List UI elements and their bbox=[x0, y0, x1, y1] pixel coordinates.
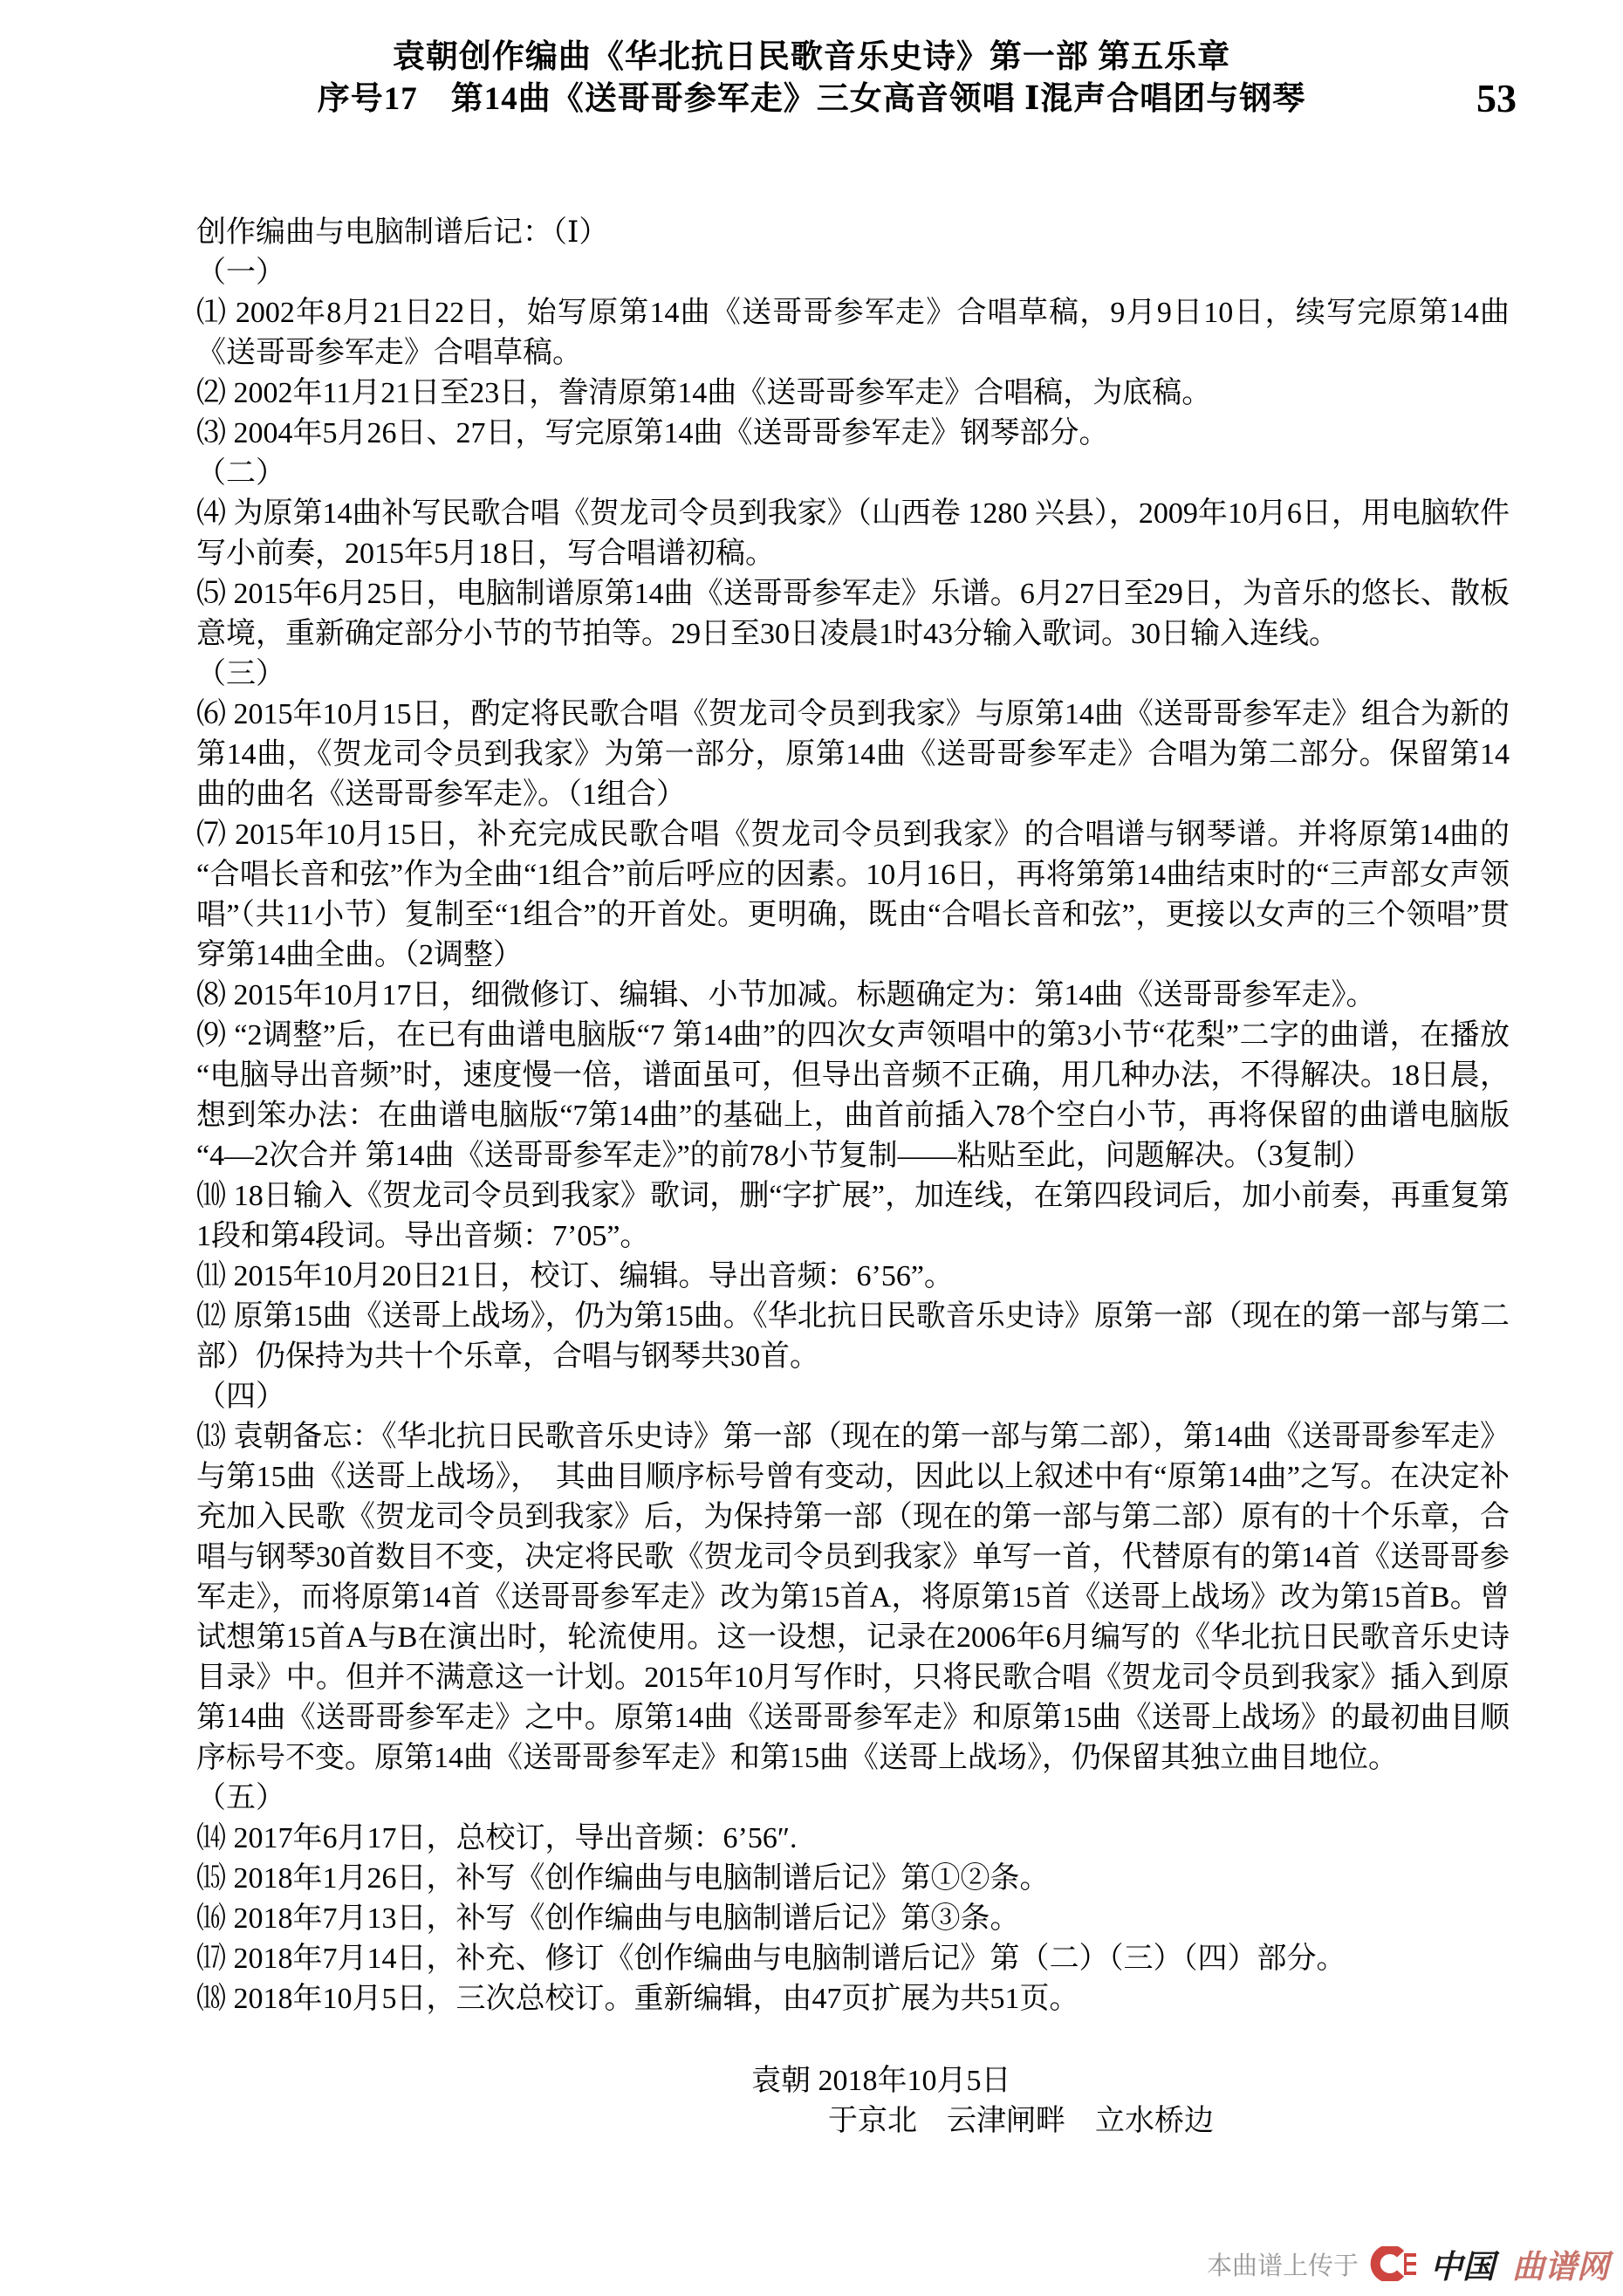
postscript-sections: （一）⑴ 2002年8月21日22日，始写原第14曲《送哥哥参军走》合唱草稿，9… bbox=[196, 253, 1510, 2019]
item-number: ⒃ bbox=[196, 1902, 226, 1935]
item-text: 袁朝备忘：《华北抗日民歌音乐史诗》第一部（现在的第一部与第二部），第14曲《送哥… bbox=[196, 1421, 1539, 1774]
item-text: 2018年10月5日，三次总校订。重新编辑，由47页扩展为共51页。 bbox=[226, 1983, 1079, 2015]
item-text: 2002年11月21日至23日，誊清原第14曲《送哥哥参军走》合唱稿，为底稿。 bbox=[226, 377, 1211, 409]
section: （五）⒁ 2017年6月17日，总校订，导出音频：6’56″.⒂ 2018年1月… bbox=[196, 1779, 1510, 2019]
item-number: ⑸ bbox=[196, 578, 226, 610]
postscript-item: ⑿ 原第15曲《送哥上战场》，仍为第15曲。《华北抗日民歌音乐史诗》原第一部（现… bbox=[196, 1297, 1510, 1377]
postscript-item: ⑵ 2002年11月21日至23日，誊清原第14曲《送哥哥参军走》合唱稿，为底稿… bbox=[196, 374, 1510, 414]
item-text: 2002年8月21日22日，始写原第14曲《送哥哥参军走》合唱草稿，9月9日10… bbox=[196, 297, 1510, 369]
page-header: 袁朝创作编曲《华北抗日民歌音乐史诗》第一部 第五乐章 序号17 第14曲《送哥哥… bbox=[0, 0, 1623, 120]
postscript-item: ⑶ 2004年5月26日、27日，写完原第14曲《送哥哥参军走》钢琴部分。 bbox=[196, 414, 1510, 454]
signature-block: 袁朝 2018年10月5日 于京北 云津闸畔 立水桥边 bbox=[196, 2061, 1510, 2142]
section-heading: （四） bbox=[196, 1377, 1510, 1417]
section-heading: （二） bbox=[196, 454, 1510, 494]
item-text: 2004年5月26日、27日，写完原第14曲《送哥哥参军走》钢琴部分。 bbox=[226, 417, 1109, 449]
watermark-brand-red: 曲谱网 bbox=[1512, 2240, 1609, 2287]
watermark: 本曲谱上传于 中国 曲谱网 bbox=[1207, 2240, 1609, 2287]
section: （一）⑴ 2002年8月21日22日，始写原第14曲《送哥哥参军走》合唱草稿，9… bbox=[196, 253, 1510, 454]
section-heading: （五） bbox=[196, 1779, 1510, 1819]
postscript-item: ⑹ 2015年10月15日，酌定将民歌合唱《贺龙司令员到我家》与原第14曲《送哥… bbox=[196, 695, 1510, 815]
watermark-prefix: 本曲谱上传于 bbox=[1207, 2246, 1359, 2282]
postscript-item: ⑴ 2002年8月21日22日，始写原第14曲《送哥哥参军走》合唱草稿，9月9日… bbox=[196, 293, 1510, 374]
postscript-item: ⑻ 2015年10月17日，细微修订、编辑、小节加减。标题确定为：第14曲《送哥… bbox=[196, 976, 1510, 1016]
section: （四）⒀ 袁朝备忘：《华北抗日民歌音乐史诗》第一部（现在的第一部与第二部），第1… bbox=[196, 1377, 1510, 1779]
item-number: ⒂ bbox=[196, 1862, 226, 1895]
postscript-item: ⑸ 2015年6月25日，电脑制谱原第14曲《送哥哥参军走》乐谱。6月27日至2… bbox=[196, 574, 1510, 655]
item-number: ⑷ bbox=[196, 497, 226, 530]
signature-place: 于京北 云津闸畔 立水桥边 bbox=[196, 2101, 1510, 2142]
item-text: 2018年7月13日，补写《创作编曲与电脑制谱后记》第③条。 bbox=[226, 1902, 1020, 1935]
item-number: ⑺ bbox=[196, 819, 227, 851]
postscript-item: ⑺ 2015年10月15日，补充完成民歌合唱《贺龙司令员到我家》的合唱谱与钢琴谱… bbox=[196, 815, 1510, 976]
item-number: ⒄ bbox=[196, 1943, 226, 1975]
item-number: ⑵ bbox=[196, 377, 226, 409]
item-number: ⑾ bbox=[196, 1260, 226, 1292]
postscript-item: ⒅ 2018年10月5日，三次总校订。重新编辑，由47页扩展为共51页。 bbox=[196, 1979, 1510, 2019]
section-heading: （一） bbox=[196, 253, 1510, 293]
signature-author-date: 袁朝 2018年10月5日 bbox=[196, 2061, 1510, 2101]
item-number: ⑽ bbox=[196, 1180, 226, 1212]
item-number: ⑴ bbox=[196, 297, 227, 329]
item-text: 2018年1月26日，补写《创作编曲与电脑制谱后记》第①②条。 bbox=[226, 1862, 1050, 1895]
watermark-brand-black: 中国 bbox=[1430, 2240, 1495, 2287]
postscript-item: ⒄ 2018年7月14日，补充、修订《创作编曲与电脑制谱后记》第（二）（三）（四… bbox=[196, 1939, 1510, 1979]
item-text: 2015年10月15日，补充完成民歌合唱《贺龙司令员到我家》的合唱谱与钢琴谱。并… bbox=[196, 819, 1510, 971]
item-text: 原第15曲《送哥上战场》，仍为第15曲。《华北抗日民歌音乐史诗》原第一部（现在的… bbox=[196, 1300, 1510, 1373]
item-number: ⒀ bbox=[196, 1421, 226, 1453]
section: （三）⑹ 2015年10月15日，酌定将民歌合唱《贺龙司令员到我家》与原第14曲… bbox=[196, 655, 1510, 1377]
item-number: ⑿ bbox=[196, 1300, 226, 1333]
section: （二）⑷ 为原第14曲补写民歌合唱《贺龙司令员到我家》（山西卷 1280 兴县）… bbox=[196, 454, 1510, 655]
item-text: 2015年10月20日21日，校订、编辑。导出音频：6’56”。 bbox=[226, 1260, 954, 1292]
item-text: 18日输入《贺龙司令员到我家》歌词，删“字扩展”，加连线，在第四段词后，加小前奏… bbox=[196, 1180, 1510, 1252]
postscript-body: 创作编曲与电脑制谱后记：（Ⅰ） （一）⑴ 2002年8月21日22日，始写原第1… bbox=[196, 213, 1510, 2142]
section-heading: （三） bbox=[196, 655, 1510, 695]
postscript-item: ⒁ 2017年6月17日，总校订，导出音频：6’56″. bbox=[196, 1819, 1510, 1859]
postscript-item: ⑾ 2015年10月20日21日，校订、编辑。导出音频：6’56”。 bbox=[196, 1257, 1510, 1297]
item-text: “2调整”后，在已有曲谱电脑版“7 第14曲”的四次女声领唱中的第3小节“花梨”… bbox=[196, 1019, 1510, 1172]
item-text: 2015年10月17日，细微修订、编辑、小节加减。标题确定为：第14曲《送哥哥参… bbox=[226, 979, 1376, 1011]
postscript-item: ⒂ 2018年1月26日，补写《创作编曲与电脑制谱后记》第①②条。 bbox=[196, 1859, 1510, 1899]
header-line1: 袁朝创作编曲《华北抗日民歌音乐史诗》第一部 第五乐章 bbox=[0, 37, 1623, 79]
item-text: 2018年7月14日，补充、修订《创作编曲与电脑制谱后记》第（二）（三）（四）部… bbox=[226, 1943, 1346, 1975]
item-text: 2015年10月15日，酌定将民歌合唱《贺龙司令员到我家》与原第14曲《送哥哥参… bbox=[196, 698, 1510, 811]
postscript-item: ⑽ 18日输入《贺龙司令员到我家》歌词，删“字扩展”，加连线，在第四段词后，加小… bbox=[196, 1176, 1510, 1257]
quputong-c-logo-icon bbox=[1369, 2246, 1420, 2281]
item-text: 2015年6月25日，电脑制谱原第14曲《送哥哥参军走》乐谱。6月27日至29日… bbox=[196, 578, 1510, 650]
item-number: ⑶ bbox=[196, 417, 226, 449]
item-number: ⑻ bbox=[196, 979, 226, 1011]
postscript-title: 创作编曲与电脑制谱后记：（Ⅰ） bbox=[196, 213, 1510, 253]
postscript-item: ⑼ “2调整”后，在已有曲谱电脑版“7 第14曲”的四次女声领唱中的第3小节“花… bbox=[196, 1016, 1510, 1176]
item-number: ⒅ bbox=[196, 1983, 226, 2015]
item-number: ⒁ bbox=[196, 1822, 226, 1854]
postscript-item: ⒃ 2018年7月13日，补写《创作编曲与电脑制谱后记》第③条。 bbox=[196, 1899, 1510, 1939]
item-text: 2017年6月17日，总校订，导出音频：6’56″. bbox=[226, 1822, 797, 1854]
item-number: ⑼ bbox=[196, 1019, 226, 1052]
postscript-item: ⑷ 为原第14曲补写民歌合唱《贺龙司令员到我家》（山西卷 1280 兴县），20… bbox=[196, 494, 1510, 574]
item-text: 为原第14曲补写民歌合唱《贺龙司令员到我家》（山西卷 1280 兴县），2009… bbox=[196, 497, 1510, 570]
item-number: ⑹ bbox=[196, 698, 226, 730]
page-number: 53 bbox=[1476, 75, 1517, 121]
postscript-item: ⒀ 袁朝备忘：《华北抗日民歌音乐史诗》第一部（现在的第一部与第二部），第14曲《… bbox=[196, 1417, 1510, 1779]
header-line2: 序号17 第14曲《送哥哥参军走》三女高音领唱 Ⅰ混声合唱团与钢琴 bbox=[0, 79, 1623, 120]
